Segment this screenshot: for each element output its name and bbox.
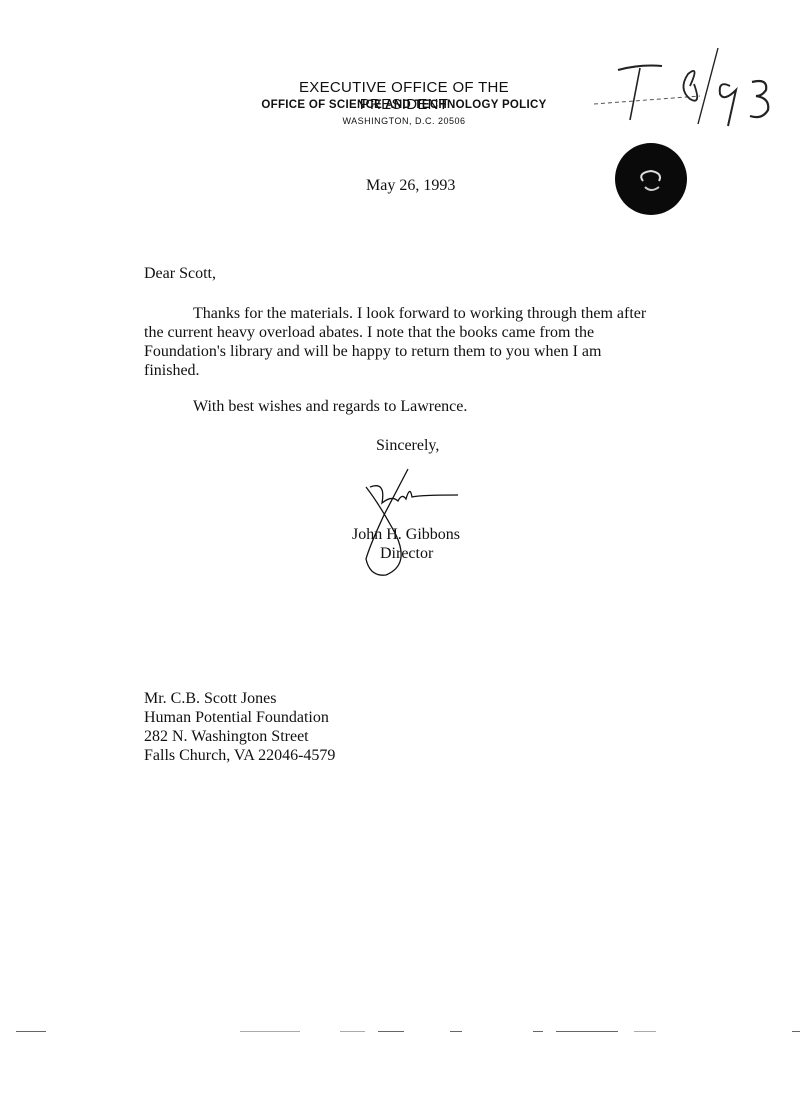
signatory-name: John H. Gibbons bbox=[352, 525, 460, 544]
body-line: Foundation's library and will be happy t… bbox=[144, 342, 704, 361]
letter-date: May 26, 1993 bbox=[366, 176, 455, 195]
recipient-name: Mr. C.B. Scott Jones bbox=[144, 689, 335, 708]
salutation: Dear Scott, bbox=[144, 264, 216, 283]
body-paragraph-1: Thanks for the materials. I look forward… bbox=[144, 304, 704, 380]
recipient-address: Mr. C.B. Scott Jones Human Potential Fou… bbox=[144, 689, 335, 765]
presidential-seal-icon bbox=[615, 143, 687, 215]
recipient-street: 282 N. Washington Street bbox=[144, 727, 335, 746]
recipient-organization: Human Potential Foundation bbox=[144, 708, 335, 727]
letterhead-line-3: WASHINGTON, D.C. 20506 bbox=[304, 116, 504, 126]
body-paragraph-2: With best wishes and regards to Lawrence… bbox=[193, 397, 467, 416]
signatory-title: Director bbox=[380, 544, 433, 563]
handwritten-annotation-icon: T-8/93 bbox=[590, 44, 780, 134]
letterhead-line-2: OFFICE OF SCIENCE AND TECHNOLOGY POLICY bbox=[244, 99, 564, 111]
body-line: the current heavy overload abates. I not… bbox=[144, 323, 704, 342]
recipient-city-state-zip: Falls Church, VA 22046-4579 bbox=[144, 746, 335, 765]
body-line: Thanks for the materials. I look forward… bbox=[144, 304, 704, 323]
closing: Sincerely, bbox=[376, 436, 439, 455]
body-line: finished. bbox=[144, 361, 704, 380]
